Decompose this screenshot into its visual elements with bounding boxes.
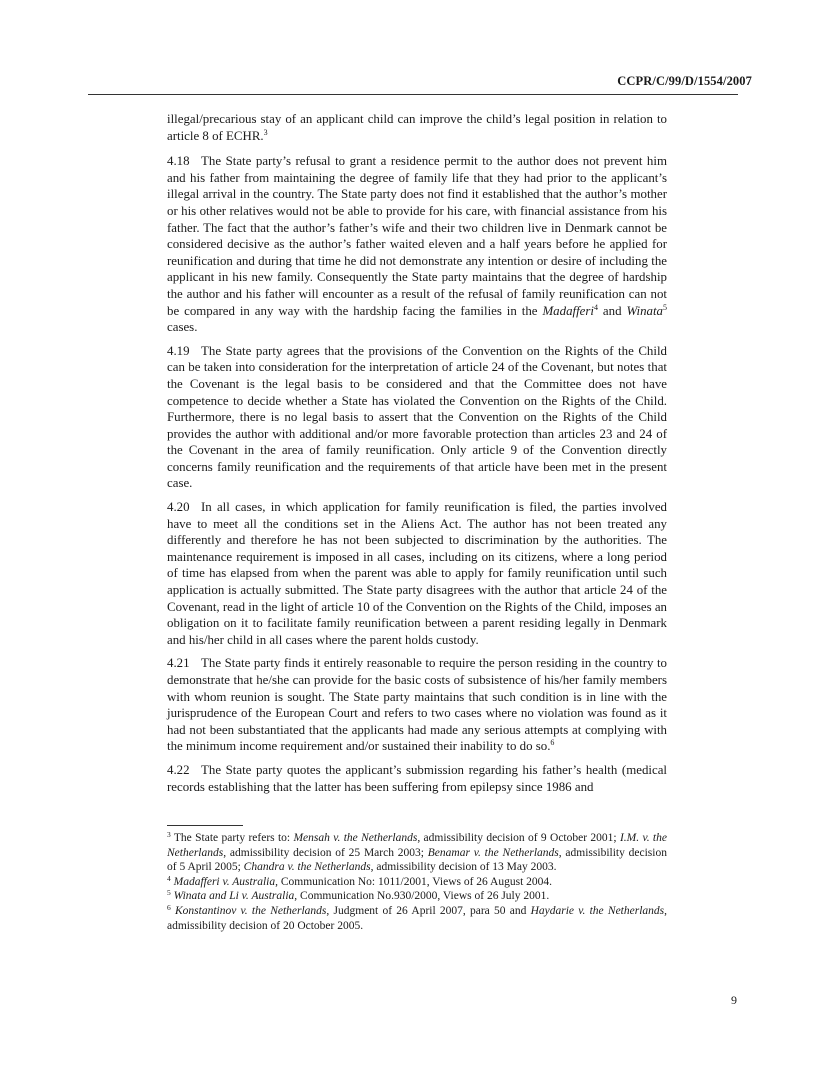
footnote-ref: 5 (663, 303, 667, 312)
footnote-text: , Communication No.930/2000, Views of 26… (294, 890, 549, 902)
page-number: 9 (731, 993, 737, 1008)
footnote-3: 3 The State party refers to: Mensah v. t… (167, 831, 667, 875)
case-name: Benamar v. the Netherlands (428, 847, 559, 859)
paragraph-text: and (598, 304, 626, 318)
paragraph-number: 4.21 (167, 655, 201, 672)
footnote-number: 3 (167, 830, 171, 839)
footnote-ref: 3 (264, 128, 268, 137)
case-name: Haydarie v. the Netherlands (531, 905, 665, 917)
paragraph-4-19: 4.19The State party agrees that the prov… (167, 343, 667, 492)
footnote-text: , admissibility decision of 13 May 2003. (371, 861, 557, 873)
paragraph-text: The State party finds it entirely reason… (167, 656, 667, 753)
paragraph-4-20: 4.20In all cases, in which application f… (167, 499, 667, 648)
paragraph-number: 4.18 (167, 153, 201, 170)
case-name: Winata and Li v. Australia (174, 890, 295, 902)
footnote-separator (167, 825, 243, 826)
paragraph-4-18: 4.18The State party’s refusal to grant a… (167, 153, 667, 336)
footnote-ref: 6 (550, 738, 554, 747)
footnote-5: 5 Winata and Li v. Australia, Communicat… (167, 889, 667, 904)
paragraph-4-22: 4.22The State party quotes the applicant… (167, 762, 667, 795)
paragraph-text: In all cases, in which application for f… (167, 500, 667, 647)
case-name: Madafferi (542, 304, 594, 318)
footnote-text: , admissibility decision of 25 March 200… (223, 847, 428, 859)
footnote-4: 4 Madafferi v. Australia, Communication … (167, 875, 667, 890)
document-symbol: CCPR/C/99/D/1554/2007 (617, 74, 752, 89)
footnote-text: , Judgment of 26 April 2007, para 50 and (326, 905, 530, 917)
footnote-number: 4 (167, 874, 171, 883)
paragraph-text: The State party’s refusal to grant a res… (167, 154, 667, 317)
paragraph-number: 4.19 (167, 343, 201, 360)
document-body: illegal/precarious stay of an applicant … (167, 111, 667, 802)
continuation-paragraph: illegal/precarious stay of an applicant … (167, 111, 667, 144)
paragraph-4-21: 4.21The State party finds it entirely re… (167, 655, 667, 755)
paragraph-number: 4.20 (167, 499, 201, 516)
footnote-text: , admissibility decision of 9 October 20… (417, 832, 620, 844)
case-name: Madafferi v. Australia (174, 876, 275, 888)
paragraph-text: The State party quotes the applicant’s s… (167, 763, 667, 794)
footnote-text: The State party refers to: (174, 832, 294, 844)
case-name: Chandra v. the Netherlands (244, 861, 371, 873)
footnotes: 3 The State party refers to: Mensah v. t… (167, 831, 667, 933)
header-rule (88, 94, 738, 95)
paragraph-text: The State party agrees that the provisio… (167, 344, 667, 491)
case-name: Konstantinov v. the Netherlands (175, 905, 326, 917)
paragraph-text: cases. (167, 320, 197, 334)
footnote-number: 6 (167, 903, 171, 912)
continuation-text: illegal/precarious stay of an applicant … (167, 112, 667, 143)
footnote-text: , Communication No: 1011/2001, Views of … (275, 876, 552, 888)
case-name: Mensah v. the Netherlands (293, 832, 417, 844)
footnote-number: 5 (167, 888, 171, 897)
case-name: Winata (626, 304, 663, 318)
paragraph-number: 4.22 (167, 762, 201, 779)
footnote-6: 6 Konstantinov v. the Netherlands, Judgm… (167, 904, 667, 933)
